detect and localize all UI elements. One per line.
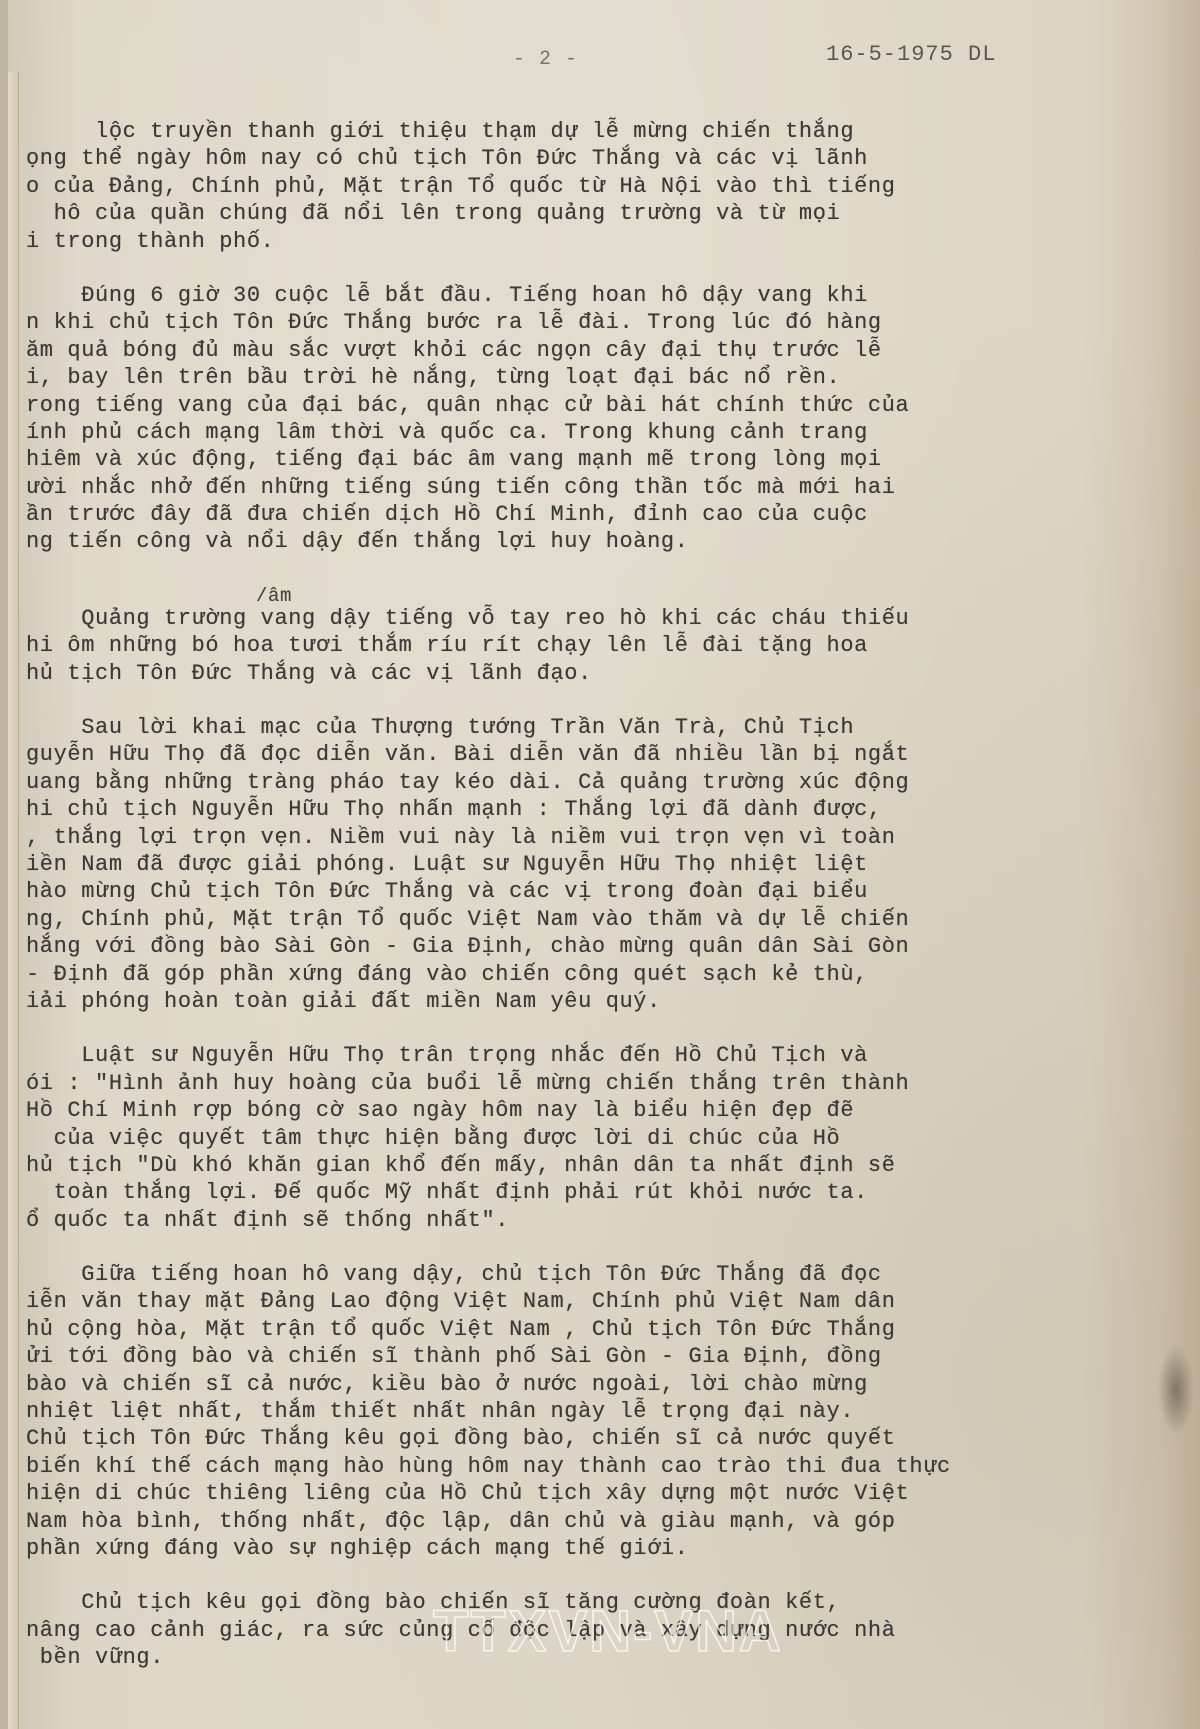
page-shadow-edge <box>1160 0 1200 1729</box>
text-line: toàn thắng lợi. Đế quốc Mỹ nhất định phả… <box>26 1179 1146 1206</box>
handwritten-note: /âm <box>26 583 1146 605</box>
text-line: của việc quyết tâm thực hiện bằng được l… <box>26 1125 1146 1152</box>
document-body: lộc truyền thanh giới thiệu thạm dự lễ m… <box>26 118 1146 1699</box>
text-line: bào và chiến sĩ cả nước, kiều bào ở nước… <box>26 1371 1146 1398</box>
text-line: ần trước đây đã đưa chiến dịch Hồ Chí Mi… <box>26 501 1146 528</box>
text-line: Hồ Chí Minh rợp bóng cờ sao ngày hôm nay… <box>26 1097 1146 1124</box>
text-line: ng tiến công và nổi dậy đến thắng lợi hu… <box>26 528 1146 555</box>
text-line: ọng thể ngày hôm nay có chủ tịch Tôn Đức… <box>26 145 1146 172</box>
text-line: ửi tới đồng bào và chiến sĩ thành phố Sà… <box>26 1343 1146 1370</box>
document-date: 16-5-1975 DL <box>826 42 996 67</box>
text-line: hủ tịch Tôn Đức Thắng và các vị lãnh đạo… <box>26 660 1146 687</box>
paragraph: Sau lời khai mạc của Thượng tướng Trần V… <box>26 714 1146 1015</box>
text-line: Quảng trường vang dậy tiếng vỗ tay reo h… <box>26 605 1146 632</box>
text-line: hào mừng Chủ tịch Tôn Đức Thắng và các v… <box>26 878 1146 905</box>
text-line: ng, Chính phủ, Mặt trận Tổ quốc Việt Nam… <box>26 906 1146 933</box>
paragraph: /âm Quảng trường vang dậy tiếng vỗ tay r… <box>26 583 1146 687</box>
text-line: guyễn Hữu Thọ đã đọc diễn văn. Bài diễn … <box>26 741 1146 768</box>
paragraph: Giữa tiếng hoan hô vang dậy, chủ tịch Tô… <box>26 1261 1146 1562</box>
text-line: iền Nam đã được giải phóng. Luật sư Nguy… <box>26 851 1146 878</box>
text-line: ổ quốc ta nhất định sẽ thống nhất". <box>26 1207 1146 1234</box>
text-line: Giữa tiếng hoan hô vang dậy, chủ tịch Tô… <box>26 1261 1146 1288</box>
text-line: Chủ tịch Tôn Đức Thắng kêu gọi đồng bào,… <box>26 1425 1146 1452</box>
text-line: ói : "Hình ảnh huy hoàng của buổi lễ mừn… <box>26 1070 1146 1097</box>
text-line: i trong thành phố. <box>26 228 1146 255</box>
paragraph: Luật sư Nguyễn Hữu Thọ trân trọng nhắc đ… <box>26 1042 1146 1234</box>
page-edge-strip <box>8 72 19 1729</box>
text-line: rong tiếng vang của đại bác, quân nhạc c… <box>26 392 1146 419</box>
text-line: hô của quần chúng đã nổi lên trong quảng… <box>26 200 1146 227</box>
text-line: hủ cộng hòa, Mặt trận tổ quốc Việt Nam ,… <box>26 1316 1146 1343</box>
text-line: hi ôm những bó hoa tươi thắm ríu rít chạ… <box>26 632 1146 659</box>
text-line: Đúng 6 giờ 30 cuộc lễ bắt đầu. Tiếng hoa… <box>26 282 1146 309</box>
text-line: nhiệt liệt nhất, thắm thiết nhất nhân ng… <box>26 1398 1146 1425</box>
text-line: Sau lời khai mạc của Thượng tướng Trần V… <box>26 714 1146 741</box>
paragraph: lộc truyền thanh giới thiệu thạm dự lễ m… <box>26 118 1146 255</box>
text-line: ăm quả bóng đủ màu sắc vượt khỏi các ngọ… <box>26 337 1146 364</box>
text-line: Luật sư Nguyễn Hữu Thọ trân trọng nhắc đ… <box>26 1042 1146 1069</box>
text-line: uang bằng những tràng pháo tay kéo dài. … <box>26 769 1146 796</box>
text-line: hủ tịch "Dù khó khăn gian khổ đến mấy, n… <box>26 1152 1146 1179</box>
text-line: hi chủ tịch Nguyễn Hữu Thọ nhấn mạnh : T… <box>26 796 1146 823</box>
page-number: - 2 - <box>513 48 578 71</box>
text-line: n khi chủ tịch Tôn Đức Thắng bước ra lễ … <box>26 309 1146 336</box>
text-line: iễn văn thay mặt Đảng Lao động Việt Nam,… <box>26 1288 1146 1315</box>
agency-watermark: TTXVN-VNA <box>433 1598 783 1665</box>
text-line: ười nhắc nhở đến những tiếng súng tiến c… <box>26 474 1146 501</box>
text-line: , thắng lợi trọn vẹn. Niềm vui này là ni… <box>26 824 1146 851</box>
text-line: hiện di chúc thiêng liêng của Hồ Chủ tịc… <box>26 1480 1146 1507</box>
text-line: lộc truyền thanh giới thiệu thạm dự lễ m… <box>26 118 1146 145</box>
text-line: hiêm và xúc động, tiếng đại bác âm vang … <box>26 446 1146 473</box>
page-header: - 2 - 16-5-1975 DL <box>8 42 1200 72</box>
text-line: ính phủ cách mạng lâm thời và quốc ca. T… <box>26 419 1146 446</box>
text-line: - Định đã góp phần xứng đáng vào chiến c… <box>26 961 1146 988</box>
ink-smudge <box>1158 1345 1194 1435</box>
text-line: iải phóng hoàn toàn giải đất miền Nam yê… <box>26 988 1146 1015</box>
text-line: o của Đảng, Chính phủ, Mặt trận Tổ quốc … <box>26 173 1146 200</box>
text-line: phần xứng đáng vào sự nghiệp cách mạng t… <box>26 1535 1146 1562</box>
text-line: hắng với đồng bào Sài Gòn - Gia Định, ch… <box>26 933 1146 960</box>
text-line: Nam hòa bình, thống nhất, độc lập, dân c… <box>26 1508 1146 1535</box>
paragraph: Đúng 6 giờ 30 cuộc lễ bắt đầu. Tiếng hoa… <box>26 282 1146 556</box>
document-page: - 2 - 16-5-1975 DL lộc truyền thanh giới… <box>8 0 1200 1729</box>
text-line: biến khí thế cách mạng hào hùng hôm nay … <box>26 1453 1146 1480</box>
text-line: i, bay lên trên bầu trời hè nắng, từng l… <box>26 364 1146 391</box>
